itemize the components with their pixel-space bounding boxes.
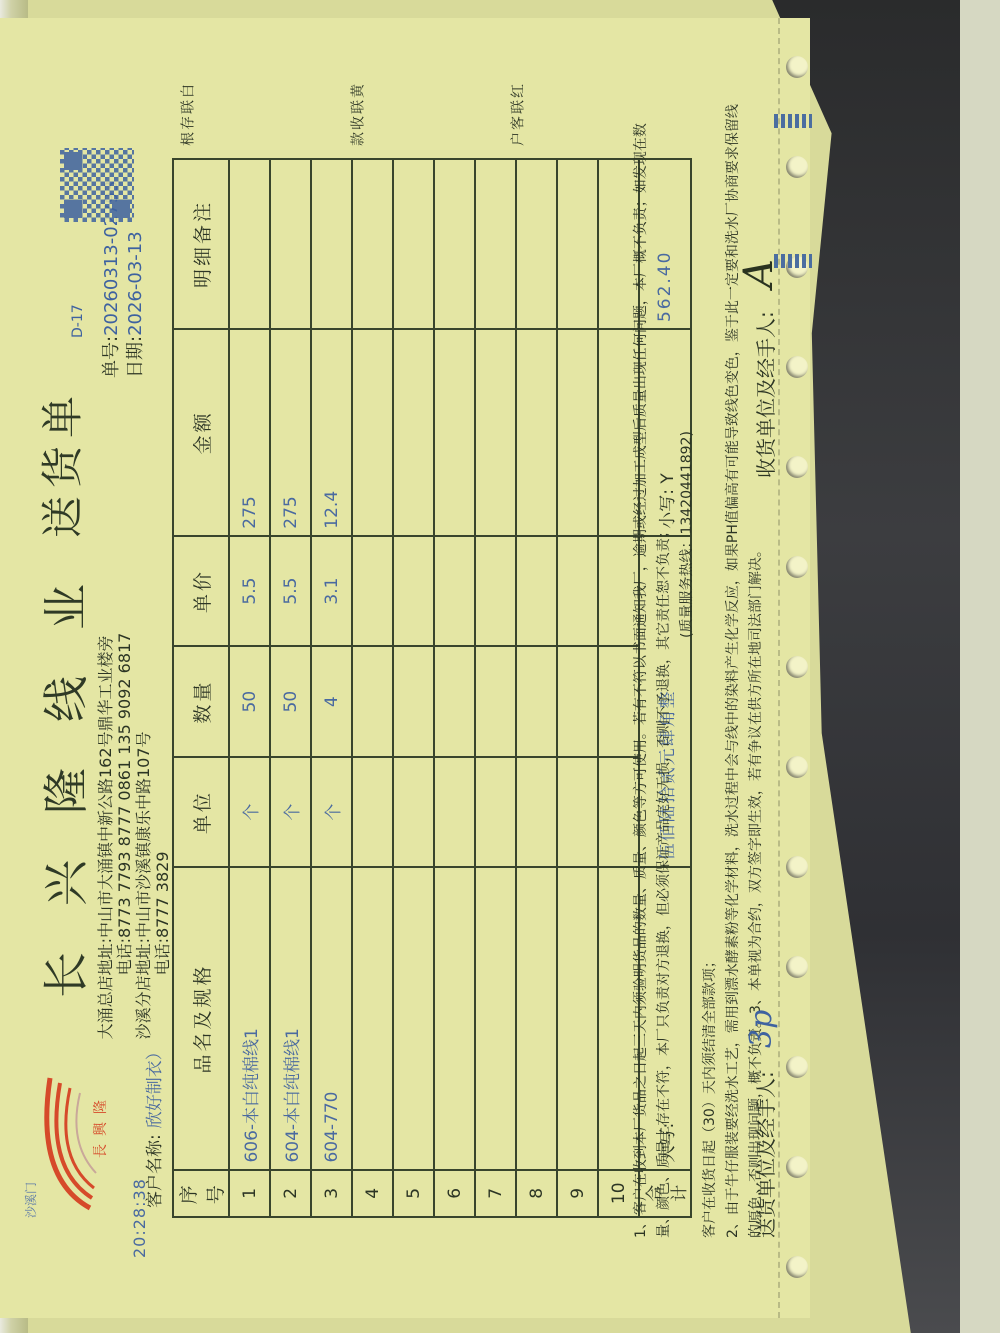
date-label: 日期: [125,336,146,378]
tractor-hole [786,1256,808,1278]
item-qty: 50 [229,646,270,756]
item-name [352,867,393,1169]
hq-address: 中山市大涌镇中新公路162号鼎华工业楼旁 [96,635,115,938]
table-row: 3604-770个43.112.4 [311,159,352,1217]
item-price: 5.5 [270,536,311,647]
item-unit: 个 [229,757,270,867]
item-note [229,159,270,329]
table-row: 9 [557,159,598,1217]
col-price: 单价 [173,536,229,647]
table-row: 6 [434,159,475,1217]
col-unit: 单位 [173,757,229,867]
item-note [557,159,598,329]
item-qty [352,646,393,756]
logo-name: 長興隆 [90,1092,110,1158]
item-unit: 个 [270,757,311,867]
item-qty: 4 [311,646,352,756]
row-index: 1 [229,1170,270,1217]
item-qty [434,646,475,756]
document-date: 2026-03-13 [125,231,146,336]
customer-line: 客户名称:欣好制衣） [140,1043,165,1208]
signature-line: 送货单位及经手人: 3p 收货单位及经手人: A [750,98,790,1238]
sender-signature: 3p [744,1010,779,1048]
item-name [475,867,516,1169]
item-price [352,536,393,647]
item-name [516,867,557,1169]
item-amount [434,329,475,536]
item-note [475,159,516,329]
branch-address: 中山市沙溪镇康乐中路107号 [134,731,153,938]
item-amount: 12.4 [311,329,352,536]
number-label: 单号: [101,336,122,378]
row-index: 6 [434,1170,475,1217]
table-row: 8 [516,159,557,1217]
receiver-signature-label: 收货单位及经手人: [750,311,779,478]
item-name: 604-本白纯棉线1 [270,867,311,1169]
hq-address-label: 大涌总店地址: [96,938,115,1078]
table-row: 7 [475,159,516,1217]
item-qty: 50 [270,646,311,756]
tractor-hole [786,56,808,78]
item-amount [475,329,516,536]
item-price [393,536,434,647]
company-addresses: 大涌总店地址:中山市大涌镇中新公路162号鼎华工业楼旁 电话:8773 7793… [96,633,172,1078]
table-row: 1606-本白纯棉线1个505.5275 [229,159,270,1217]
item-unit [393,757,434,867]
col-note: 明细备注 [173,159,229,329]
item-note [270,159,311,329]
customer-name: 欣好制衣） [145,1043,165,1128]
quality-hotline: (质量服务热线：13420441892) [676,98,699,1238]
row-index: 5 [393,1170,434,1217]
row-index: 2 [270,1170,311,1217]
col-index: 序号 [173,1170,229,1217]
col-name: 品名及规格 [173,867,229,1169]
copy-red: 红联客户 [510,84,524,148]
item-amount [516,329,557,536]
company-name: 长兴隆线业 [30,538,96,998]
item-unit [434,757,475,867]
hq-phone-label: 电话: [115,938,134,1078]
item-name [434,867,475,1169]
row-index: 9 [557,1170,598,1217]
item-note [516,159,557,329]
item-unit [557,757,598,867]
delivery-note: 沙溪门 長興隆 20:28:38 长兴隆线业 送货单 大涌总店地址:中山市大涌镇… [0,18,810,1318]
sender-signature-label: 送货单位及经手人: [750,1071,779,1238]
item-name [557,867,598,1169]
item-qty [557,646,598,756]
document-title: 送货单 [30,388,90,538]
item-amount [352,329,393,536]
item-qty [475,646,516,756]
item-unit: 个 [311,757,352,867]
row-index: 3 [311,1170,352,1217]
item-qty [516,646,557,756]
item-name: 606-本白纯棉线1 [229,867,270,1169]
item-note [352,159,393,329]
row-index: 4 [352,1170,393,1217]
item-price [557,536,598,647]
hq-phone: 8773 7793 8777 0861 135 9092 6817 [115,633,134,938]
item-price: 5.5 [229,536,270,647]
item-qty [393,646,434,756]
item-note [393,159,434,329]
col-amount: 金额 [173,329,229,536]
table-row: 2604-本白纯棉线1个505.5275 [270,159,311,1217]
item-name: 604-770 [311,867,352,1169]
term-1: 1、客户在收到本厂货品之日起三天内须验明货品的数量、质量、颜色等方可使用。若有不… [630,98,676,1238]
qr-code-icon [60,148,134,222]
item-price [516,536,557,647]
copy-yellow: 黄联收款 [350,84,364,148]
item-unit [475,757,516,867]
col-qty: 数量 [173,646,229,756]
customer-label: 客户名称: [145,1134,165,1208]
row-index: 8 [516,1170,557,1217]
term-payment: 客户在收货日起（30）天内须结清全部款项； [699,98,722,1238]
copy-white: 白联存根 [180,84,194,148]
form-code: D-17 [70,304,86,338]
branch-phone: 8777 3829 [153,851,172,938]
item-unit [516,757,557,867]
table-header-row: 序号 品名及规格 单位 数量 单价 金额 明细备注 [173,159,229,1217]
item-name [393,867,434,1169]
item-amount [557,329,598,536]
item-price: 3.1 [311,536,352,647]
item-unit [352,757,393,867]
items-table: 序号 品名及规格 单位 数量 单价 金额 明细备注 1606-本白纯棉线1个50… [172,158,692,1218]
item-price [434,536,475,647]
item-note [434,159,475,329]
adjacent-paper [960,0,1000,1333]
item-note [311,159,352,329]
item-amount: 275 [270,329,311,536]
table-row: 5 [393,159,434,1217]
item-amount [393,329,434,536]
item-amount: 275 [229,329,270,536]
item-price [475,536,516,647]
table-row: 4 [352,159,393,1217]
receiver-signature: A [736,259,782,288]
row-index: 7 [475,1170,516,1217]
